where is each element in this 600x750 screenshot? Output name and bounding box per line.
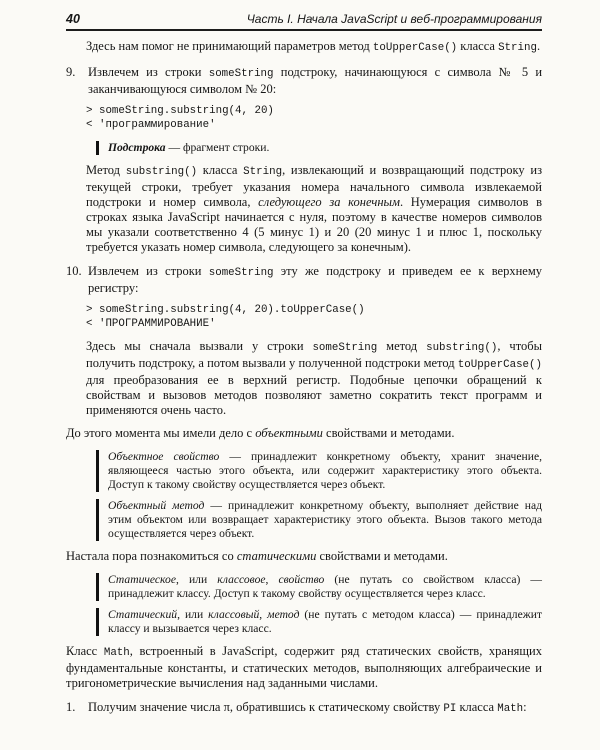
text-run: Класс [66,644,104,658]
paragraph-touppercase: Здесь нам помог не принимающий параметро… [86,39,542,56]
text-run: свойствами и методами. [323,426,455,440]
note-substring-definition: Подстрока — фрагмент строки. [96,141,542,155]
running-title: Часть I. Начала JavaScript и веб-програм… [247,12,542,26]
text-run: Извлечем из строки [88,65,209,79]
code-line-input: > someString.substring(4, 20).toUpperCas… [86,303,542,317]
code-block-touppercase: > someString.substring(4, 20).toUpperCas… [86,303,542,331]
text-run: класса [456,700,497,714]
inline-code: someString [209,267,274,279]
code-block-substring: > someString.substring(4, 20) < 'програм… [86,104,542,132]
text-run: метод [377,339,426,353]
book-page: 40 Часть I. Начала JavaScript и веб-прог… [0,0,600,750]
text-run: Здесь нам помог не принимающий параметро… [86,39,373,53]
text-run: статическими [237,549,316,563]
note-object-definitions: Объектное свойство — принадлежит конкрет… [96,450,542,541]
note-static-definitions: Статическое, или классовое, свойство (не… [96,573,542,636]
text-run: Статическое [108,573,176,586]
note-para-static-property: Статическое, или классовое, свойство (не… [96,573,542,601]
text-run: Получим значение числа π, обратившись к … [88,700,443,714]
text-run: , [259,608,267,621]
text-run: Метод [86,163,126,177]
text-run: Подстрока [108,141,166,154]
inline-code: someString [312,342,377,354]
text-run: свойство [279,573,325,586]
text-run: Здесь мы сначала вызвали у строки [86,339,312,353]
text-run: Статический [108,608,177,621]
text-run: : [523,700,526,714]
paragraph-object-intro: До этого момента мы имели дело с объектн… [66,426,542,441]
text-run: класса [197,163,243,177]
text-run: классовый [208,608,259,621]
text-run: , [266,573,279,586]
inline-code: PI [443,703,456,715]
text-run: классовое [217,573,265,586]
text-run: свойствами и методами. [316,549,448,563]
text-run: Извлечем из строки [88,264,209,278]
text-run: , встроенный в JavaScript, содержит ряд … [66,644,542,690]
inline-code: toUpperCase() [373,42,457,54]
note-para-static-method: Статический, или классовый, метод (не пу… [96,608,542,636]
text-run: объектными [255,426,323,440]
text-run: метод [267,608,299,621]
note-para-object-property: Объектное свойство — принадлежит конкрет… [96,450,542,492]
list-number-9: 9. [66,65,88,97]
text-run: — фрагмент строки. [166,141,270,154]
list-item-9: 9. Извлечем из строки someString подстро… [66,65,542,97]
text-run: Настала пора познакомиться со [66,549,237,563]
inline-code: Math [497,703,523,715]
note-para-object-method: Объектный метод — принадлежит конкретном… [96,499,542,541]
page-number: 40 [66,12,80,26]
text-run: , или [177,608,208,621]
code-line-output: < 'программирование' [86,118,542,132]
text-run: Объектный метод [108,499,204,512]
page-header: 40 Часть I. Начала JavaScript и веб-прог… [66,12,542,31]
inline-code: substring() [426,342,497,354]
code-line-input: > someString.substring(4, 20) [86,104,542,118]
inline-code: String [243,166,282,178]
code-line-output: < 'ПРОГРАММИРОВАНИЕ' [86,317,542,331]
text-run: следующего за конечным [258,195,400,209]
paragraph-method-chain: Здесь мы сначала вызвали у строки someSt… [86,339,542,418]
list-item-9-text: Извлечем из строки someString подстроку,… [88,65,542,97]
list-item-10: 10. Извлечем из строки someString эту же… [66,264,542,296]
text-run: класса [457,39,498,53]
inline-code: substring() [126,166,197,178]
paragraph-static-intro: Настала пора познакомиться со статически… [66,549,542,564]
text-run: . [537,39,540,53]
text-run: Объектное свойство [108,450,219,463]
list-number-10: 10. [66,264,88,296]
list-item-1: 1. Получим значение числа π, обратившись… [66,700,542,717]
list-item-1-text: Получим значение числа π, обратившись к … [88,700,542,717]
paragraph-substring-explained: Метод substring() класса String, извлека… [86,163,542,255]
inline-code: toUpperCase() [458,359,542,371]
inline-code: String [498,42,537,54]
text-run: для преобразования ее в верхний регистр.… [86,373,542,417]
inline-code: someString [209,68,274,80]
note-para-substring: Подстрока — фрагмент строки. [96,141,542,155]
list-item-10-text: Извлечем из строки someString эту же под… [88,264,542,296]
paragraph-math-class: Класс Math, встроенный в JavaScript, сод… [66,644,542,691]
text-run: , или [176,573,217,586]
page-content: Здесь нам помог не принимающий параметро… [66,39,542,717]
list-number-1: 1. [66,700,88,717]
text-run: До этого момента мы имели дело с [66,426,255,440]
inline-code: Math [104,647,130,659]
